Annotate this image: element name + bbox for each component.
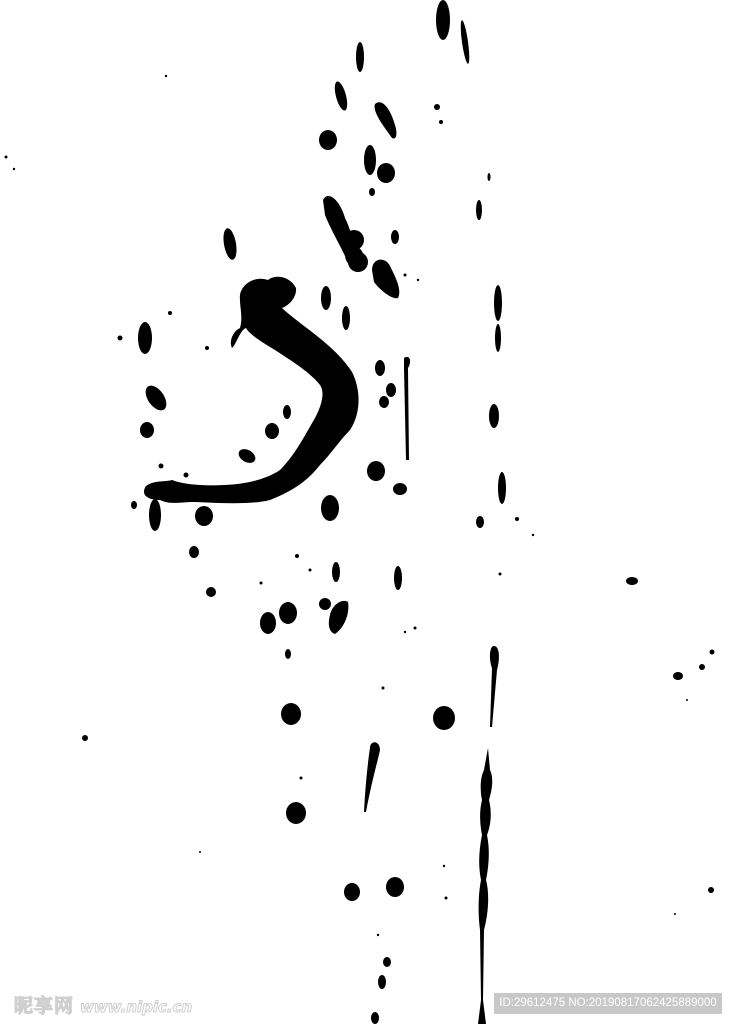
- watermark-id-box: ID:29612475 NO:20190817062425889000: [494, 993, 722, 1014]
- watermark-brand: 昵享网: [14, 995, 74, 1017]
- nipic-watermark: 昵享网www.nipic.cn: [14, 991, 192, 1018]
- watermark-site: www.nipic.cn: [80, 998, 192, 1016]
- main-ink-stroke: [144, 277, 359, 504]
- ink-splash-image: 昵享网www.nipic.cn ID:29612475 NO:201908170…: [0, 0, 732, 1024]
- watermark-id-text: ID:29612475 NO:20190817062425889000: [499, 997, 716, 1009]
- ink-splatter-artwork: [0, 0, 732, 1024]
